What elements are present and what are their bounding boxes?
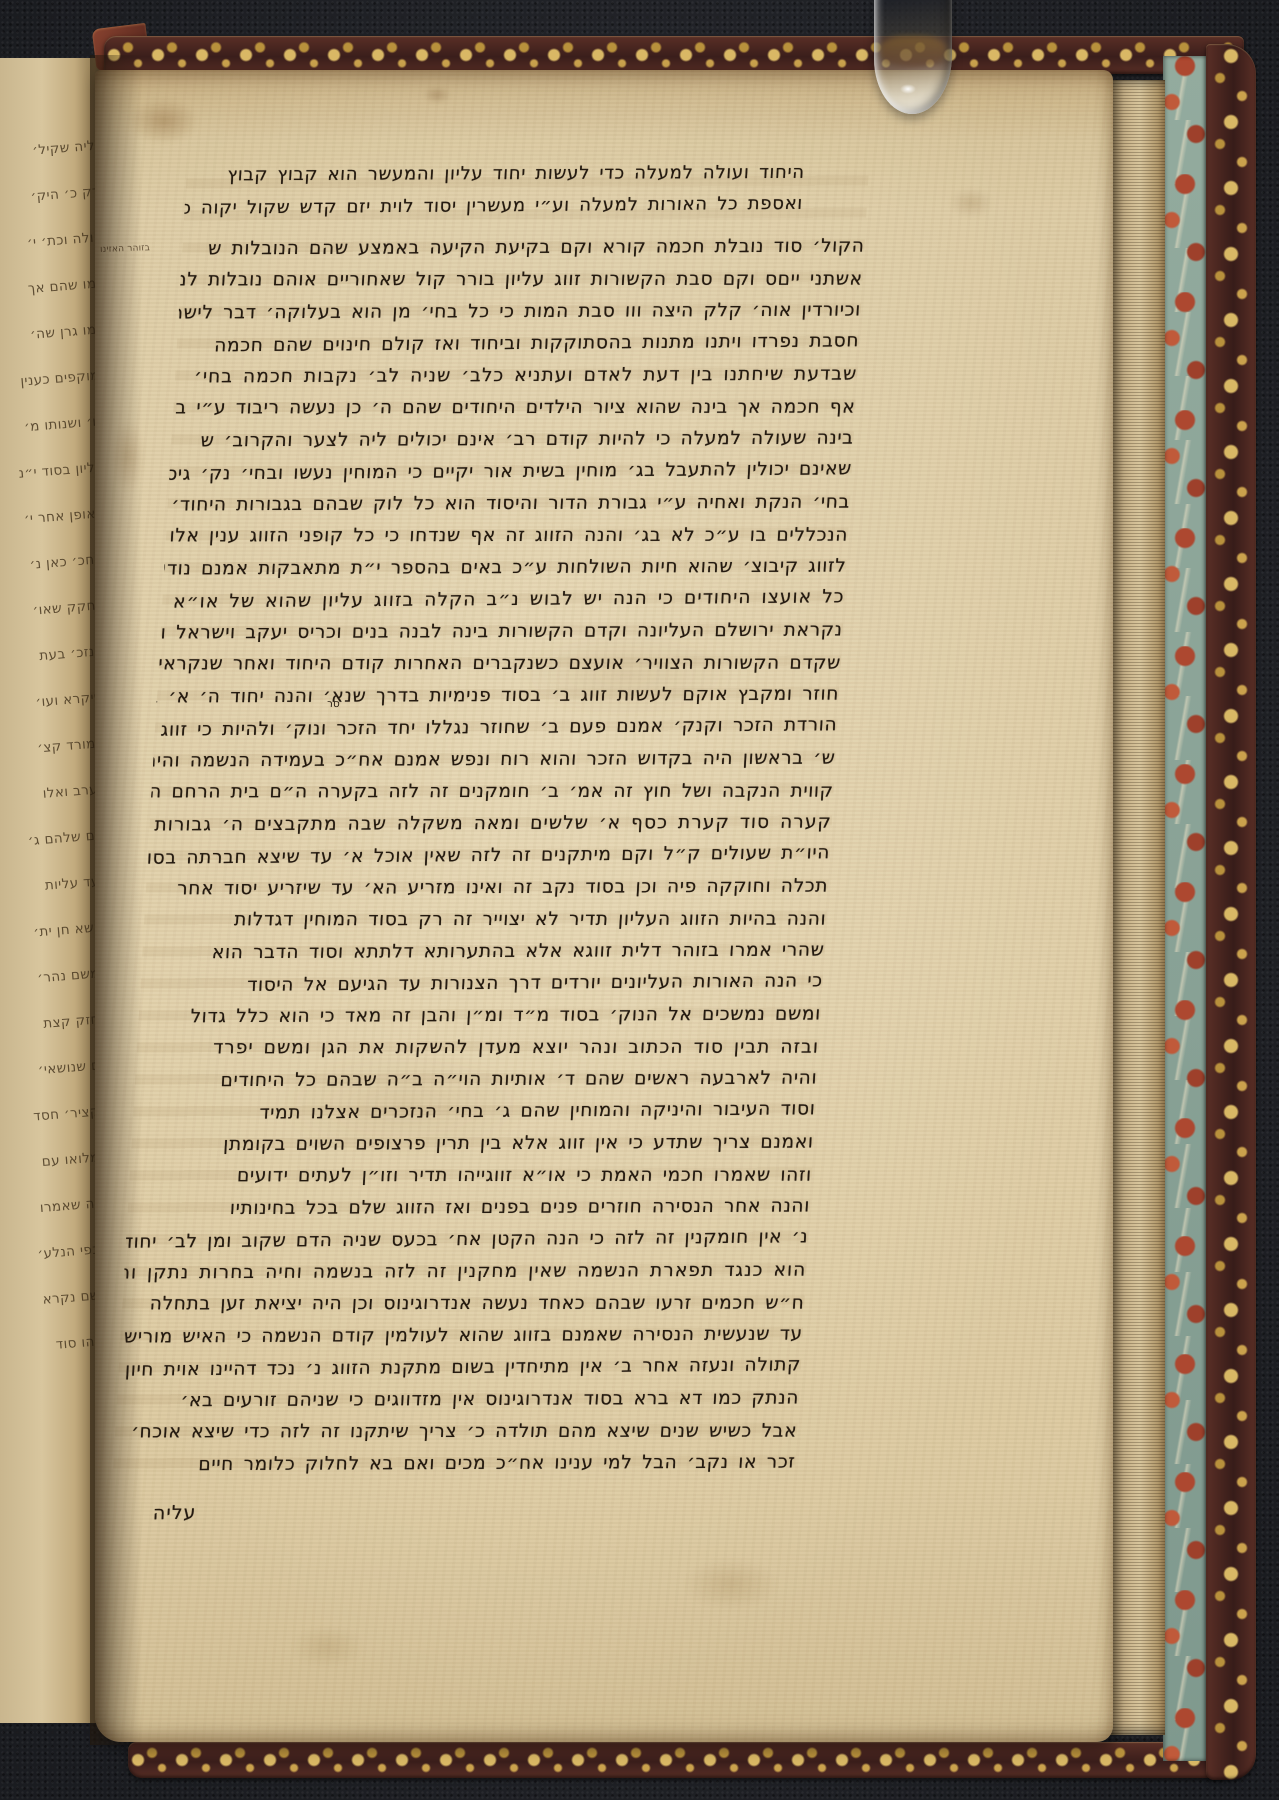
gilt-board-edge-top (104, 36, 1244, 74)
manuscript-text-line: חוזר ומקבץ אוקם לעשות זווג ב׳ בסוד פנימי… (156, 679, 840, 714)
manuscript-text-line: שאינם יכולין להתעבל בג׳ מוחין בשית אור י… (169, 453, 853, 490)
manuscript-text-line: קערה סוד קערת כסף א׳ שלשים ומאה משקלה שב… (149, 807, 833, 842)
gilt-board-edge-right (1206, 44, 1256, 1780)
interlinear-correction: סר (327, 698, 341, 710)
facing-page-text-line: כו׳ ושנותו מ׳ (2, 398, 105, 452)
manuscript-text-line: לזווג קיבוצ׳ שהוא חיות השולחות ע״כ באים … (163, 551, 847, 586)
facing-page-text-line: קולה וכת׳ י׳ (2, 214, 105, 268)
foxing-spot (129, 98, 199, 144)
foxing-spot (423, 86, 451, 104)
manuscript-text-line: נ׳ אין חומקנין זה לזה כי הנה הקטן אח׳ בכ… (125, 1221, 809, 1258)
facing-page-text-line: ועד עליות (2, 858, 105, 912)
facing-page-text-line: וחזק קצת (2, 996, 105, 1050)
manuscript-page: בזוהר האזינו היחוד ועולה למעלה כדי לעשות… (95, 70, 1113, 1742)
manuscript-text-line: וסוד העיבור והיניקה והמוחין שהם ג׳ בחי׳ … (132, 1093, 816, 1130)
facing-page-text-line: ושם נקרא (2, 1272, 105, 1326)
manuscript-text-line: בינה שעולה למעלה כי להיות קודם רב׳ אינם … (171, 423, 855, 458)
facing-page-text-line: אחכ׳ כאן נ׳ (2, 536, 105, 590)
manuscript-text-line: חסבת נפרדו ויתנו מתנות בהסתוקקות וביחוד … (176, 325, 860, 362)
facing-page-text-line: עליה שקיל׳ (2, 122, 105, 176)
facing-page-text-line: באופן אחר י׳ (2, 490, 105, 544)
manuscript-text-line: שבדעת שיחתנו בין דעת לאדם ועתניא כלב׳ שנ… (174, 359, 858, 394)
foxing-spot (949, 188, 993, 218)
rod-refraction (880, 36, 946, 66)
marbled-endpaper-strip (1163, 56, 1207, 1761)
manuscript-text-line: שקדם הקשורות הצוויר׳ אועצם כשנקברים האחר… (158, 648, 842, 681)
manuscript-text-line: קתולה ונעזה אחר ב׳ אין מתיחדין בשום מתקנ… (118, 1349, 802, 1386)
rod-specular-highlight (900, 84, 916, 94)
catchword: עליה (152, 1502, 197, 1525)
facing-page-text-line: במורד קצ׳ (2, 720, 105, 774)
manuscript-text-line: הנכללים בו ע״כ לא בג׳ והנה הזווג זה אף ש… (165, 520, 849, 553)
manuscript-text-line: עד שנעשית הנסירה שאמנם בזווג שהוא לעולמי… (120, 1319, 804, 1354)
manuscript-text-line: הקול׳ סוד נובלת חכמה קורא וקם בקיעת הקיע… (181, 231, 865, 266)
manuscript-text-line: וזהו שאמרו חכמי האמת כי או״א זווגייהו תד… (129, 1160, 813, 1193)
manuscript-text-line: ואספת כל האורות למעלה וע״י מעשרין יסוד ל… (184, 187, 868, 224)
manuscript-text-line: בחי׳ הנקת ואחיה ע״י גבורת הדור והיסוד הו… (167, 487, 851, 522)
facing-page-text-line: נערב ואלו (2, 766, 105, 820)
manuscript-text-line: והיה לארבעה ראשים שהם ד׳ אותיות הוי״ה ב״… (134, 1063, 818, 1098)
facing-page-text-line: ומוקפים כענין (2, 352, 105, 406)
facing-page-text-line: וכפי הנלע׳ (2, 1226, 105, 1280)
facing-page-text-line: עם שלהם ג׳ (2, 812, 105, 866)
manuscript-text-line: אף חכמה אך בינה שהוא ציור הילדים היחודים… (172, 392, 856, 425)
manuscript-text-line: היו״ת שעולים ק״ל וקם מיתקנים זה לזה שאין… (147, 837, 831, 874)
manuscript-text-line: היחוד ועולה למעלה כדי לעשות יחוד עליון ו… (186, 157, 870, 192)
manuscript-text-line: ח״ש חכמים זרעו שבהם כאחד נעשה אנדרוגינוס… (121, 1288, 805, 1321)
manuscript-text-line: קווית הנקבה ושל חוץ זה אמ׳ ב׳ חומקנים זה… (151, 776, 835, 809)
manuscript-text-line: תכלה וחוקקה פיה וכן בסוד נקב זה ואינו מז… (145, 871, 829, 906)
facing-page-text-line: שיקרא ועו׳ (2, 674, 105, 728)
manuscript-text-line: אבל כשיש שנים שיצא מהם תולדה כ׳ צריך שית… (114, 1416, 798, 1449)
facing-page-text-line: לחקק שאו׳ (2, 582, 105, 636)
facing-page-text: עליה שקיל׳ודק כ׳ היק׳קולה וכת׳ י׳כמו שהם… (4, 126, 104, 1368)
manuscript-text-line: והנה אחר הנסירה חוזרים פנים בפנים ואז הז… (127, 1191, 811, 1226)
facing-page-text-line: עליון בסוד י״נ (2, 444, 105, 498)
manuscript-text-line: כי הנה האורות העליונים יורדים דרך הצנורו… (140, 965, 824, 1002)
foxing-spot (111, 420, 145, 492)
facing-page-text-line: הנזכ׳ בעת (2, 628, 105, 682)
foxing-spot (683, 1558, 779, 1610)
manuscript-text-line: שהרי אמרו בזוהר דלית זווגא אלא בהתערותא … (141, 935, 825, 970)
manuscript-text-line: ומשם נמשכים אל הנוק׳ בסוד מ״ד ומ״ן והבן … (138, 999, 822, 1034)
facing-page-text-line: כמו שהם אך (2, 260, 105, 314)
facing-page-text-line: וזהו סוד (2, 1318, 105, 1372)
manuscript-text-line: זכר או נקב׳ הבל למי ענינו אח״כ מכים ואם … (112, 1447, 796, 1482)
manuscript-text-line: אשתני ייםס וקם סבת הקשורות זווג עליון בו… (180, 264, 864, 297)
marginal-note: בזוהר האזינו (100, 243, 150, 255)
facing-page-text-line: וקציר׳ חסד (2, 1088, 105, 1142)
facing-page-text-line: ומלואו עם (2, 1134, 105, 1188)
manuscript-text-line: הורדת הזכר וקנק׳ אמנם פעם ב׳ שחוזר נגללו… (154, 709, 838, 746)
foxing-spot (291, 1626, 363, 1668)
manuscript-text-line: כל אועצו היחודים כי הנה יש לבוש נ״ב הקלה… (161, 581, 845, 618)
manuscript-text-line: ש׳ בראשון היה בקדוש הזכר והוא רוח ונפש א… (152, 743, 836, 778)
facing-page-text-line: ים שנושאי׳ (2, 1042, 105, 1096)
facing-page-text-line: נושא חן ית׳ (2, 904, 105, 958)
manuscript-text-line: הוא כנגד תפארת הנשמה שאין מחקנין זה לזה … (123, 1255, 807, 1290)
manuscript-text-line: ובזה תבין סוד הכתוב ונהר יוצא מעדן להשקו… (136, 1032, 820, 1065)
manuscript-text-line: והנה בהיות הזווג העליון תדיר לא יצוייר ז… (143, 904, 827, 937)
facing-page-edge: עליה שקיל׳ודק כ׳ היק׳קולה וכת׳ י׳כמו שהם… (0, 58, 110, 1723)
manuscript-text-block: היחוד ועולה למעלה כדי לעשות יחוד עליון ו… (112, 157, 869, 1482)
manuscript-text-line: וכיורדין אוה׳ קלק היצה ווו סבת המות כי כ… (178, 295, 862, 330)
facing-page-text-line: ומשם נהר׳ (2, 950, 105, 1004)
text-block-fore-edge (1109, 80, 1165, 1735)
facing-page-text-line: ודק כ׳ היק׳ (2, 168, 105, 222)
facing-page-text-line: כמו גרן שה׳ (2, 306, 105, 360)
facing-page-text-line: וזה שאמרו (2, 1180, 105, 1234)
photo-background: עליה שקיל׳ודק כ׳ היק׳קולה וכת׳ י׳כמו שהם… (0, 0, 1279, 1800)
manuscript-text-line: ואמנם צריך שתדע כי אין זווג אלא בין תרין… (131, 1127, 815, 1162)
manuscript-text-line: הנתק כמו דא ברא בסוד אנדרוגינוס אין מזדו… (116, 1383, 800, 1418)
gilt-board-edge-bottom (128, 1742, 1228, 1778)
manuscript-text-line: נקראת ירושלם העליונה וקדם הקשורות בינה ל… (160, 615, 844, 650)
